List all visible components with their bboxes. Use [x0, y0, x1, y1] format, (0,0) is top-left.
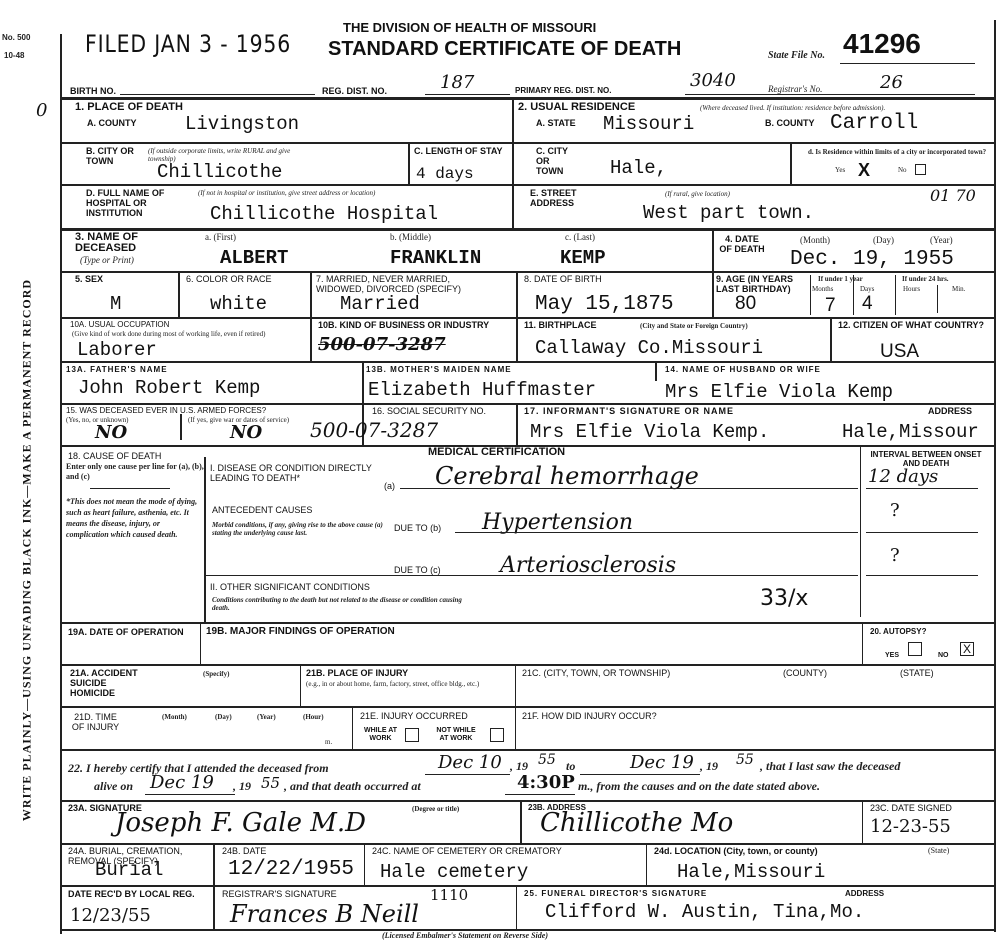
mother-label: 13b. MOTHER'S MAIDEN NAME: [366, 365, 512, 375]
cause-footnote: *This does not mean the mode of dying, s…: [66, 496, 202, 540]
middle-name: FRANKLIN: [390, 248, 481, 268]
registrar-no-value: 26: [880, 72, 903, 93]
res-county: Carroll: [830, 114, 918, 134]
res-city-label: c. CITY OR TOWN: [536, 146, 576, 176]
autopsy-yes-checkbox[interactable]: [908, 642, 922, 656]
degree-label: (Degree or title): [412, 805, 459, 813]
death-county: Livingston: [185, 114, 299, 134]
other-conditions-note: Conditions contributing to the death but…: [212, 596, 472, 612]
occupation-value: Laborer: [77, 340, 157, 360]
death-city-label: b. CITY OR TOWN: [86, 146, 146, 166]
cause-c-label: DUE TO (c): [394, 565, 441, 575]
cert-alive-prefix: alive on: [94, 782, 133, 790]
margin-mark: 0: [36, 100, 47, 121]
autopsy-no-label: NO: [938, 651, 949, 661]
ssn-value: 500-07-3287: [310, 418, 438, 442]
hospital-label: d. FULL NAME OF HOSPITAL OR INSTITUTION: [86, 188, 196, 218]
spouse-label: 14. NAME OF HUSBAND OR WIFE: [665, 365, 821, 375]
received-date: 12/23/55: [70, 905, 151, 926]
cert-to-year: 55: [736, 752, 754, 768]
interval-b: ?: [890, 500, 900, 521]
place-of-death-heading: 1. PLACE OF DEATH: [75, 102, 183, 112]
reg-dist-label: REG. DIST. NO.: [322, 86, 387, 96]
business-value: 500-07-3287: [318, 334, 446, 355]
not-while-at-work-label: NOT WHILE AT WORK: [432, 727, 480, 743]
injury-specify: (Specify): [203, 670, 229, 678]
dod-year-label: (Year): [930, 236, 953, 244]
dod-day-label: (Day): [873, 236, 894, 244]
location-value: Hale,Missouri: [677, 862, 825, 882]
under-1-year-label: If under 1 year: [818, 275, 863, 283]
injury-day-label: (Day): [215, 713, 232, 721]
hospital-name: Chillicothe Hospital: [210, 204, 438, 224]
birthplace-label: 11. BIRTHPLACE: [524, 320, 597, 330]
race-value: white: [210, 294, 267, 314]
cause-a-value: Cerebral hemorrhage: [435, 462, 699, 490]
injury-time-label: 21d. TIME OF INJURY: [68, 712, 123, 732]
father-label: 13a. FATHER'S NAME: [66, 365, 168, 375]
autopsy-no-checkbox[interactable]: X: [960, 642, 974, 656]
name-note: (Type or Print): [80, 256, 134, 264]
street-value: West part town.: [643, 203, 814, 223]
last-name: KEMP: [560, 248, 606, 268]
cert-line1-suffix: , that I last saw the deceased: [760, 762, 900, 770]
sex-label: 5. SEX: [75, 274, 103, 284]
days-label: Days: [860, 285, 874, 293]
autopsy-yes-label: YES: [885, 651, 899, 661]
director-address-label: ADDRESS: [845, 889, 884, 899]
res-state: Missouri: [603, 114, 694, 134]
injury-year-label: (Year): [257, 713, 276, 721]
res-state-label: a. STATE: [536, 118, 576, 128]
informant-label: 17. INFORMANT'S SIGNATURE OR NAME: [524, 406, 734, 416]
cause-b-label: DUE TO (b): [394, 523, 441, 533]
stay-value: 4 days: [416, 164, 474, 184]
hours-label: Hours: [903, 285, 920, 293]
received-label: DATE REC'D BY LOCAL REG.: [68, 889, 208, 899]
limits-no-label: No: [898, 166, 907, 174]
dod-month-label: (Month): [800, 236, 830, 244]
other-conditions-value: 33/x: [760, 586, 808, 611]
primary-reg-value: 3040: [690, 70, 736, 91]
age-years: 80: [735, 294, 756, 314]
sex-value: M: [110, 294, 121, 314]
autopsy-label: 20. AUTOPSY?: [870, 627, 926, 637]
cause-heading: 18. CAUSE OF DEATH: [68, 451, 161, 461]
cert-to-year-prefix: , 19: [700, 762, 718, 770]
informant-name: Mrs Elfie Viola Kemp.: [530, 422, 769, 442]
name-heading: 3. NAME OF DECEASED: [75, 232, 165, 254]
last-name-label: c. (Last): [565, 233, 595, 241]
age-months: 7: [825, 296, 836, 316]
death-city: Chillicothe: [157, 162, 282, 182]
while-at-work-checkbox[interactable]: [405, 728, 419, 742]
injury-type-label: 21a. ACCIDENT SUICIDE HOMICIDE: [70, 668, 140, 698]
cert-alive-date: Dec 19: [150, 772, 214, 793]
birthplace-value: Callaway Co.Missouri: [535, 338, 763, 358]
marital-value: Married: [340, 294, 420, 314]
ssn-label: 16. SOCIAL SECURITY NO.: [372, 406, 486, 416]
medical-heading: MEDICAL CERTIFICATION: [428, 447, 565, 457]
father-name: John Robert Kemp: [78, 378, 260, 398]
cert-alive-year-prefix: , 19: [233, 782, 251, 790]
operation-date-label: 19a. DATE OF OPERATION: [68, 627, 188, 637]
cert-from-year: 55: [538, 752, 556, 768]
injury-county-label: (COUNTY): [783, 668, 827, 678]
date-of-death: Dec. 19, 1955: [790, 250, 954, 270]
stay-label: c. LENGTH OF STAY: [414, 146, 510, 156]
informant-address: Hale,Missour: [842, 422, 979, 442]
injury-state-label: (STATE): [900, 668, 934, 678]
agency-name: THE DIVISION OF HEALTH OF MISSOURI: [343, 20, 596, 35]
director-value: Clifford W. Austin, Tina,Mo.: [545, 902, 864, 922]
burial-date: 12/22/1955: [228, 860, 354, 880]
first-name: ALBERT: [220, 248, 288, 268]
cert-line2-suffix: m., from the causes and on the date stat…: [578, 782, 820, 790]
birthplace-note: (City and State or Foreign Country): [640, 322, 748, 330]
margin-code: 01 70: [930, 186, 976, 205]
armed-value: NO: [95, 422, 127, 443]
limits-yes-checkbox[interactable]: X: [858, 160, 870, 181]
state-file-number: 41296: [843, 28, 921, 60]
not-while-at-work-checkbox[interactable]: [490, 728, 504, 742]
line-1-label: I. DISEASE OR CONDITION DIRECTLY LEADING…: [210, 463, 410, 483]
min-label: Min.: [952, 285, 965, 293]
armed-dates-value: NO: [230, 422, 262, 443]
form-revision: 10-48: [4, 52, 24, 60]
dob-label: 8. DATE OF BIRTH: [524, 274, 602, 284]
occupation-label: 10a. USUAL OCCUPATION: [70, 320, 169, 330]
physician-signature: Joseph F. Gale M.D: [115, 808, 366, 838]
dod-label: 4. DATE OF DEATH: [718, 234, 766, 254]
registrar-signature: Frances B Neill: [230, 900, 419, 928]
middle-name-label: b. (Middle): [390, 233, 431, 241]
date-signed-value: 12-23-55: [870, 816, 951, 837]
while-at-work-label: WHILE AT WORK: [358, 727, 403, 743]
dob-value: May 15,1875: [535, 295, 674, 315]
registrar-no-label: Registrar's No.: [768, 85, 822, 93]
injury-city-label: 21c. (CITY, TOWN, OR TOWNSHIP): [522, 668, 670, 678]
informant-address-label: ADDRESS: [928, 406, 972, 416]
cert-death-at: , and that death occurred at: [284, 782, 421, 790]
burial-date-label: 24b. DATE: [222, 846, 266, 856]
mother-name: Elizabeth Huffmaster: [368, 380, 596, 400]
first-name-label: a. (First): [205, 233, 236, 241]
injury-place-note: (e.g., in or about home, farm, factory, …: [306, 680, 511, 688]
injury-hour-suffix: m.: [325, 738, 332, 746]
street-note: (If rural, give location): [665, 190, 730, 198]
location-state-label: (State): [928, 847, 949, 855]
spouse-name: Mrs Elfie Viola Kemp: [665, 382, 893, 402]
street-label: e. STREET ADDRESS: [530, 188, 590, 208]
injury-how-label: 21f. HOW DID INJURY OCCUR?: [522, 711, 657, 721]
injury-hour-label: (Hour): [303, 713, 324, 721]
cemetery-value: Hale cemetery: [380, 862, 528, 882]
citizen-value: USA: [880, 342, 919, 362]
cert-to-date: Dec 19: [630, 752, 694, 773]
cert-death-time: 4:30P: [517, 772, 575, 793]
citizen-label: 12. CITIZEN OF WHAT COUNTRY?: [836, 320, 986, 330]
cert-alive-year: 55: [261, 774, 280, 792]
reg-dist-value: 187: [440, 72, 474, 93]
armed-forces-label: 15. WAS DECEASED EVER IN U.S. ARMED FORC…: [66, 406, 266, 416]
cause-a-label: (a): [384, 481, 395, 491]
injury-place-label: 21b. PLACE OF INJURY: [306, 668, 408, 678]
limits-question: d. Is Residence within limits of a city …: [808, 148, 988, 156]
age-days: 4: [862, 294, 873, 314]
race-label: 6. COLOR OR RACE: [186, 274, 272, 284]
res-city: Hale,: [610, 158, 667, 178]
residence-heading: 2. USUAL RESIDENCE: [518, 102, 635, 112]
antecedent-label: ANTECEDENT CAUSES: [212, 505, 312, 515]
primary-reg-label: PRIMARY REG. DIST. NO.: [515, 86, 611, 96]
footer-note: (Licensed Embalmer's Statement on Revers…: [382, 932, 548, 940]
antecedent-note: Morbid conditions, if any, giving rise t…: [212, 521, 392, 537]
cert-from-year-prefix: , 19: [510, 762, 528, 770]
registrar-code: 1110: [430, 886, 468, 904]
physician-address: Chillicothe Mo: [540, 808, 733, 838]
injury-occurred-label: 21e. INJURY OCCURRED: [360, 711, 468, 721]
under-24-label: If under 24 hrs.: [902, 275, 949, 283]
months-label: Months: [812, 285, 833, 293]
injury-month-label: (Month): [162, 713, 187, 721]
registrar-sig-label: REGISTRAR'S SIGNATURE: [222, 889, 337, 899]
occupation-note: (Give kind of work done during most of w…: [72, 330, 307, 338]
hospital-note: (If not in hospital or institution, give…: [198, 189, 508, 197]
form-number: No. 500: [2, 34, 30, 42]
marital-label: 7. MARRIED, NEVER MARRIED, WIDOWED, DIVO…: [316, 274, 496, 294]
interval-a: 12 days: [868, 466, 938, 487]
interval-c: ?: [890, 545, 900, 566]
filed-stamp: FILED JAN 3 - 1956: [85, 30, 291, 58]
limits-yes-label: Yes: [835, 166, 845, 174]
cert-from-date: Dec 10: [438, 752, 502, 773]
res-county-label: b. COUNTY: [765, 118, 815, 128]
residence-note: (Where deceased lived. If institution: r…: [700, 104, 985, 112]
form-title: STANDARD CERTIFICATE OF DEATH: [328, 38, 681, 61]
location-label: 24d. LOCATION (City, town, or county): [654, 846, 818, 856]
operation-findings-label: 19b. MAJOR FINDINGS OF OPERATION: [206, 627, 395, 637]
other-conditions-label: II. OTHER SIGNIFICANT CONDITIONS: [210, 582, 370, 592]
date-signed-label: 23c. DATE SIGNED: [870, 803, 952, 813]
business-label: 10b. KIND OF BUSINESS OR INDUSTRY: [318, 320, 513, 330]
cemetery-label: 24c. NAME OF CEMETERY OR CREMATORY: [372, 846, 562, 856]
limits-no-checkbox[interactable]: [915, 164, 926, 175]
cert-to-word: to: [566, 762, 575, 770]
side-instruction: WRITE PLAINLY—USING UNFADING BLACK INK—M…: [12, 180, 42, 920]
disposition-value: Burial: [95, 860, 163, 880]
birth-no-label: BIRTH NO.: [70, 86, 116, 96]
state-file-label: State File No.: [768, 52, 825, 60]
director-label: 25. FUNERAL DIRECTOR'S SIGNATURE: [524, 889, 707, 899]
cause-note: Enter only one cause per line for (a), (…: [66, 462, 204, 482]
age-label: 9. AGE (In years last birthday): [716, 274, 806, 294]
death-county-label: a. COUNTY: [87, 118, 137, 128]
